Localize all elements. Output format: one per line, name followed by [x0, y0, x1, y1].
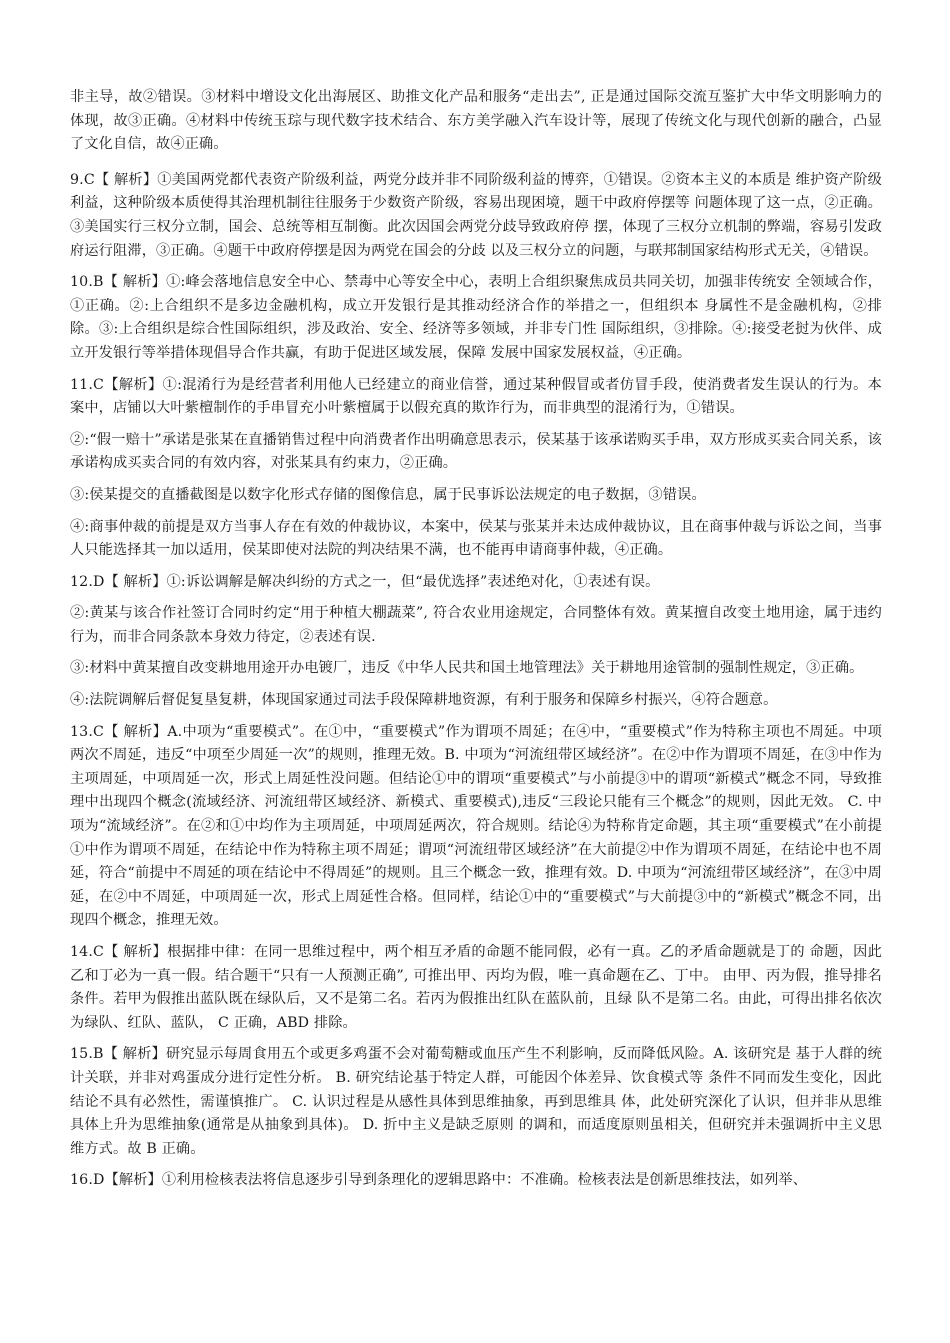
paragraph-text: ①:诉讼调解是解决纠纷的方式之一，但“最优选择”表述绝对化，①表述有误。	[167, 574, 660, 590]
answer-label: 15.B【 解析】	[70, 1046, 166, 1062]
paragraph-text: 研究显示每周食用五个或更多鸡蛋不会对葡萄糖或血压产生不利影响，反而降低风险。A.…	[70, 1046, 882, 1156]
answer-13: 13.C【 解析】A.中项为“重要模式”。在①中，“重要模式”作为谓项不周延；在…	[70, 721, 882, 933]
paragraph-text: ①利用检核表法将信息逐步引导到条理化的逻辑思路中：不准确。检核表法是创新思维技法…	[162, 1172, 807, 1188]
answer-label: 13.C【 解析】	[70, 724, 167, 740]
answer-label: 16.D【解析】	[70, 1172, 162, 1188]
answer-11-part1: 11.C【解析】①:混淆行为是经营者利用他人已经建立的商业信誉，通过某种假冒或者…	[70, 374, 882, 421]
paragraph-text: ①:混淆行为是经营者利用他人已经建立的商业信誉，通过某种假冒或者仿冒手段，使消费…	[70, 377, 882, 417]
paragraph-continuation: 非主导，故②错误。③材料中增设文化出海展区、助推文化产品和服务“走出去”, 正是…	[70, 86, 882, 157]
answer-11-part4: ④:商事仲裁的前提是双方当事人存在有效的仲裁协议，本案中，侯某与张某并未达成仲裁…	[70, 516, 882, 563]
answer-10: 10.B【 解析】①:峰会落地信息安全中心、禁毒中心等安全中心，表明上合组织聚焦…	[70, 271, 882, 365]
paragraph-text: ①美国两党都代表资产阶级利益，两党分歧并非不同阶级利益的博弈，①错误。②资本主义…	[70, 172, 882, 259]
paragraph-text: ③:侯某提交的直播截图是以数字化形式存储的图像信息，属于民事诉讼法规定的电子数据…	[70, 487, 706, 503]
answer-label: 9.C【 解析】	[70, 172, 157, 188]
answer-14: 14.C【 解析】根据排中律：在同一思维过程中，两个相互矛盾的命题不能同假，必有…	[70, 941, 882, 1035]
answer-12-part4: ④:法院调解后督促复垦复耕，体现国家通过司法手段保障耕地资源，有利于服务和保障乡…	[70, 689, 882, 713]
answer-12-part3: ③:材料中黄某擅自改变耕地用途开办电镀厂，违反《中华人民共和国土地管理法》关于耕…	[70, 657, 882, 681]
paragraph-text: ②:黄某与该合作社签订合同时约定“用于种植大棚蔬菜”, 符合农业用途规定，合同整…	[70, 605, 882, 645]
paragraph-text: ④:商事仲裁的前提是双方当事人存在有效的仲裁协议，本案中，侯某与张某并未达成仲裁…	[70, 519, 882, 559]
answer-label: 14.C【 解析】	[70, 944, 167, 960]
paragraph-text: ③:材料中黄某擅自改变耕地用途开办电镀厂，违反《中华人民共和国土地管理法》关于耕…	[70, 660, 864, 676]
answer-label: 10.B【 解析】	[70, 274, 166, 290]
paragraph-text: 非主导，故②错误。③材料中增设文化出海展区、助推文化产品和服务“走出去”, 正是…	[70, 89, 882, 152]
answer-9: 9.C【 解析】①美国两党都代表资产阶级利益，两党分歧并非不同阶级利益的博弈，①…	[70, 169, 882, 263]
answer-15: 15.B【 解析】研究显示每周食用五个或更多鸡蛋不会对葡萄糖或血压产生不利影响，…	[70, 1043, 882, 1161]
document-page: 非主导，故②错误。③材料中增设文化出海展区、助推文化产品和服务“走出去”, 正是…	[70, 86, 882, 1201]
paragraph-text: A.中项为“重要模式”。在①中，“重要模式”作为谓项不周延；在④中，“重要模式”…	[70, 724, 882, 929]
answer-11-part2: ②:“假一赔十”承诺是张某在直播销售过程中向消费者作出明确意思表示，侯某基于该承…	[70, 429, 882, 476]
answer-11-part3: ③:侯某提交的直播截图是以数字化形式存储的图像信息，属于民事诉讼法规定的电子数据…	[70, 484, 882, 508]
answer-16: 16.D【解析】①利用检核表法将信息逐步引导到条理化的逻辑思路中：不准确。检核表…	[70, 1169, 882, 1193]
answer-label: 11.C【解析】	[70, 377, 163, 393]
paragraph-text: ①:峰会落地信息安全中心、禁毒中心等安全中心，表明上合组织聚焦成员共同关切，加强…	[70, 274, 882, 361]
answer-label: 12.D【 解析】	[70, 574, 167, 590]
paragraph-text: ④:法院调解后督促复垦复耕，体现国家通过司法手段保障耕地资源，有利于服务和保障乡…	[70, 692, 777, 708]
answer-12-part1: 12.D【 解析】①:诉讼调解是解决纠纷的方式之一，但“最优选择”表述绝对化，①…	[70, 571, 882, 595]
paragraph-text: 根据排中律：在同一思维过程中，两个相互矛盾的命题不能同假，必有一真。乙的矛盾命题…	[70, 944, 882, 1031]
paragraph-text: ②:“假一赔十”承诺是张某在直播销售过程中向消费者作出明确意思表示，侯某基于该承…	[70, 432, 882, 472]
answer-12-part2: ②:黄某与该合作社签订合同时约定“用于种植大棚蔬菜”, 符合农业用途规定，合同整…	[70, 602, 882, 649]
